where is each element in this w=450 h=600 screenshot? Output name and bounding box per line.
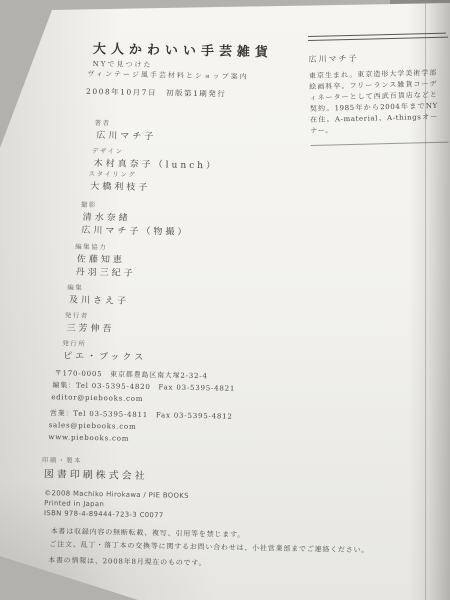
- rights-note: 本書は収録内容の無断転載、複写、引用等を禁じます。: [51, 526, 246, 540]
- editorial-email: editor@piebooks.com: [51, 391, 143, 405]
- book-title: 大人かわいい手芸雑貨: [93, 38, 273, 60]
- credit-role: 著者: [94, 118, 110, 127]
- credit-role: デザイン: [92, 146, 124, 156]
- credit-name: 及川さえ子: [69, 293, 129, 307]
- credit-role: スタイリング: [88, 169, 136, 179]
- credit-role: 発行者: [65, 310, 89, 319]
- credit-name: 広川マチ子（物撮）: [81, 223, 189, 238]
- credit-name: 佐藤知恵: [77, 252, 125, 266]
- info-date-note: 本書の情報は、2008年8月現在のものです。: [48, 555, 206, 568]
- credit-name: 丹羽三紀子: [76, 265, 136, 279]
- isbn-line: ISBN 978-4-89444-723-3 C0077: [44, 509, 164, 521]
- page-edge-line: [425, 0, 426, 600]
- credit-role: 発行所: [62, 338, 86, 347]
- credit-name: 三芳伸吾: [66, 321, 114, 335]
- page-edge-shading: [408, 0, 450, 600]
- edition-line: 2008年10月7日 初版第1刷発行: [86, 86, 226, 100]
- book-subtitle-2: ヴィンテージ風手芸材料とショップ案内: [87, 69, 248, 82]
- credit-name: 清水奈緒: [83, 210, 131, 224]
- book-page: 大人かわいい手芸雑貨 NYで見つけた ヴィンテージ風手芸材料とショップ案内 20…: [0, 0, 450, 600]
- publisher-website: www.piebooks.com: [48, 431, 129, 445]
- order-note: ご注文、乱丁・落丁本の交換等に関するお問い合わせは、小社営業部までご連絡ください…: [49, 539, 369, 555]
- credit-name: 広川マチ子: [96, 128, 156, 142]
- printing-label: 印刷・製本: [42, 455, 82, 465]
- publisher-name: ピエ・ブックス: [63, 348, 147, 363]
- book-colophon-photo: 大人かわいい手芸雑貨 NYで見つけた ヴィンテージ風手芸材料とショップ案内 20…: [0, 0, 450, 600]
- credit-role: 編集: [67, 283, 83, 292]
- credit-role: 編集協力: [75, 242, 107, 252]
- printing-company: 図書印刷株式会社: [44, 465, 148, 482]
- credit-name: 大橋利枝子: [90, 179, 150, 193]
- credit-role: 撮影: [81, 200, 97, 209]
